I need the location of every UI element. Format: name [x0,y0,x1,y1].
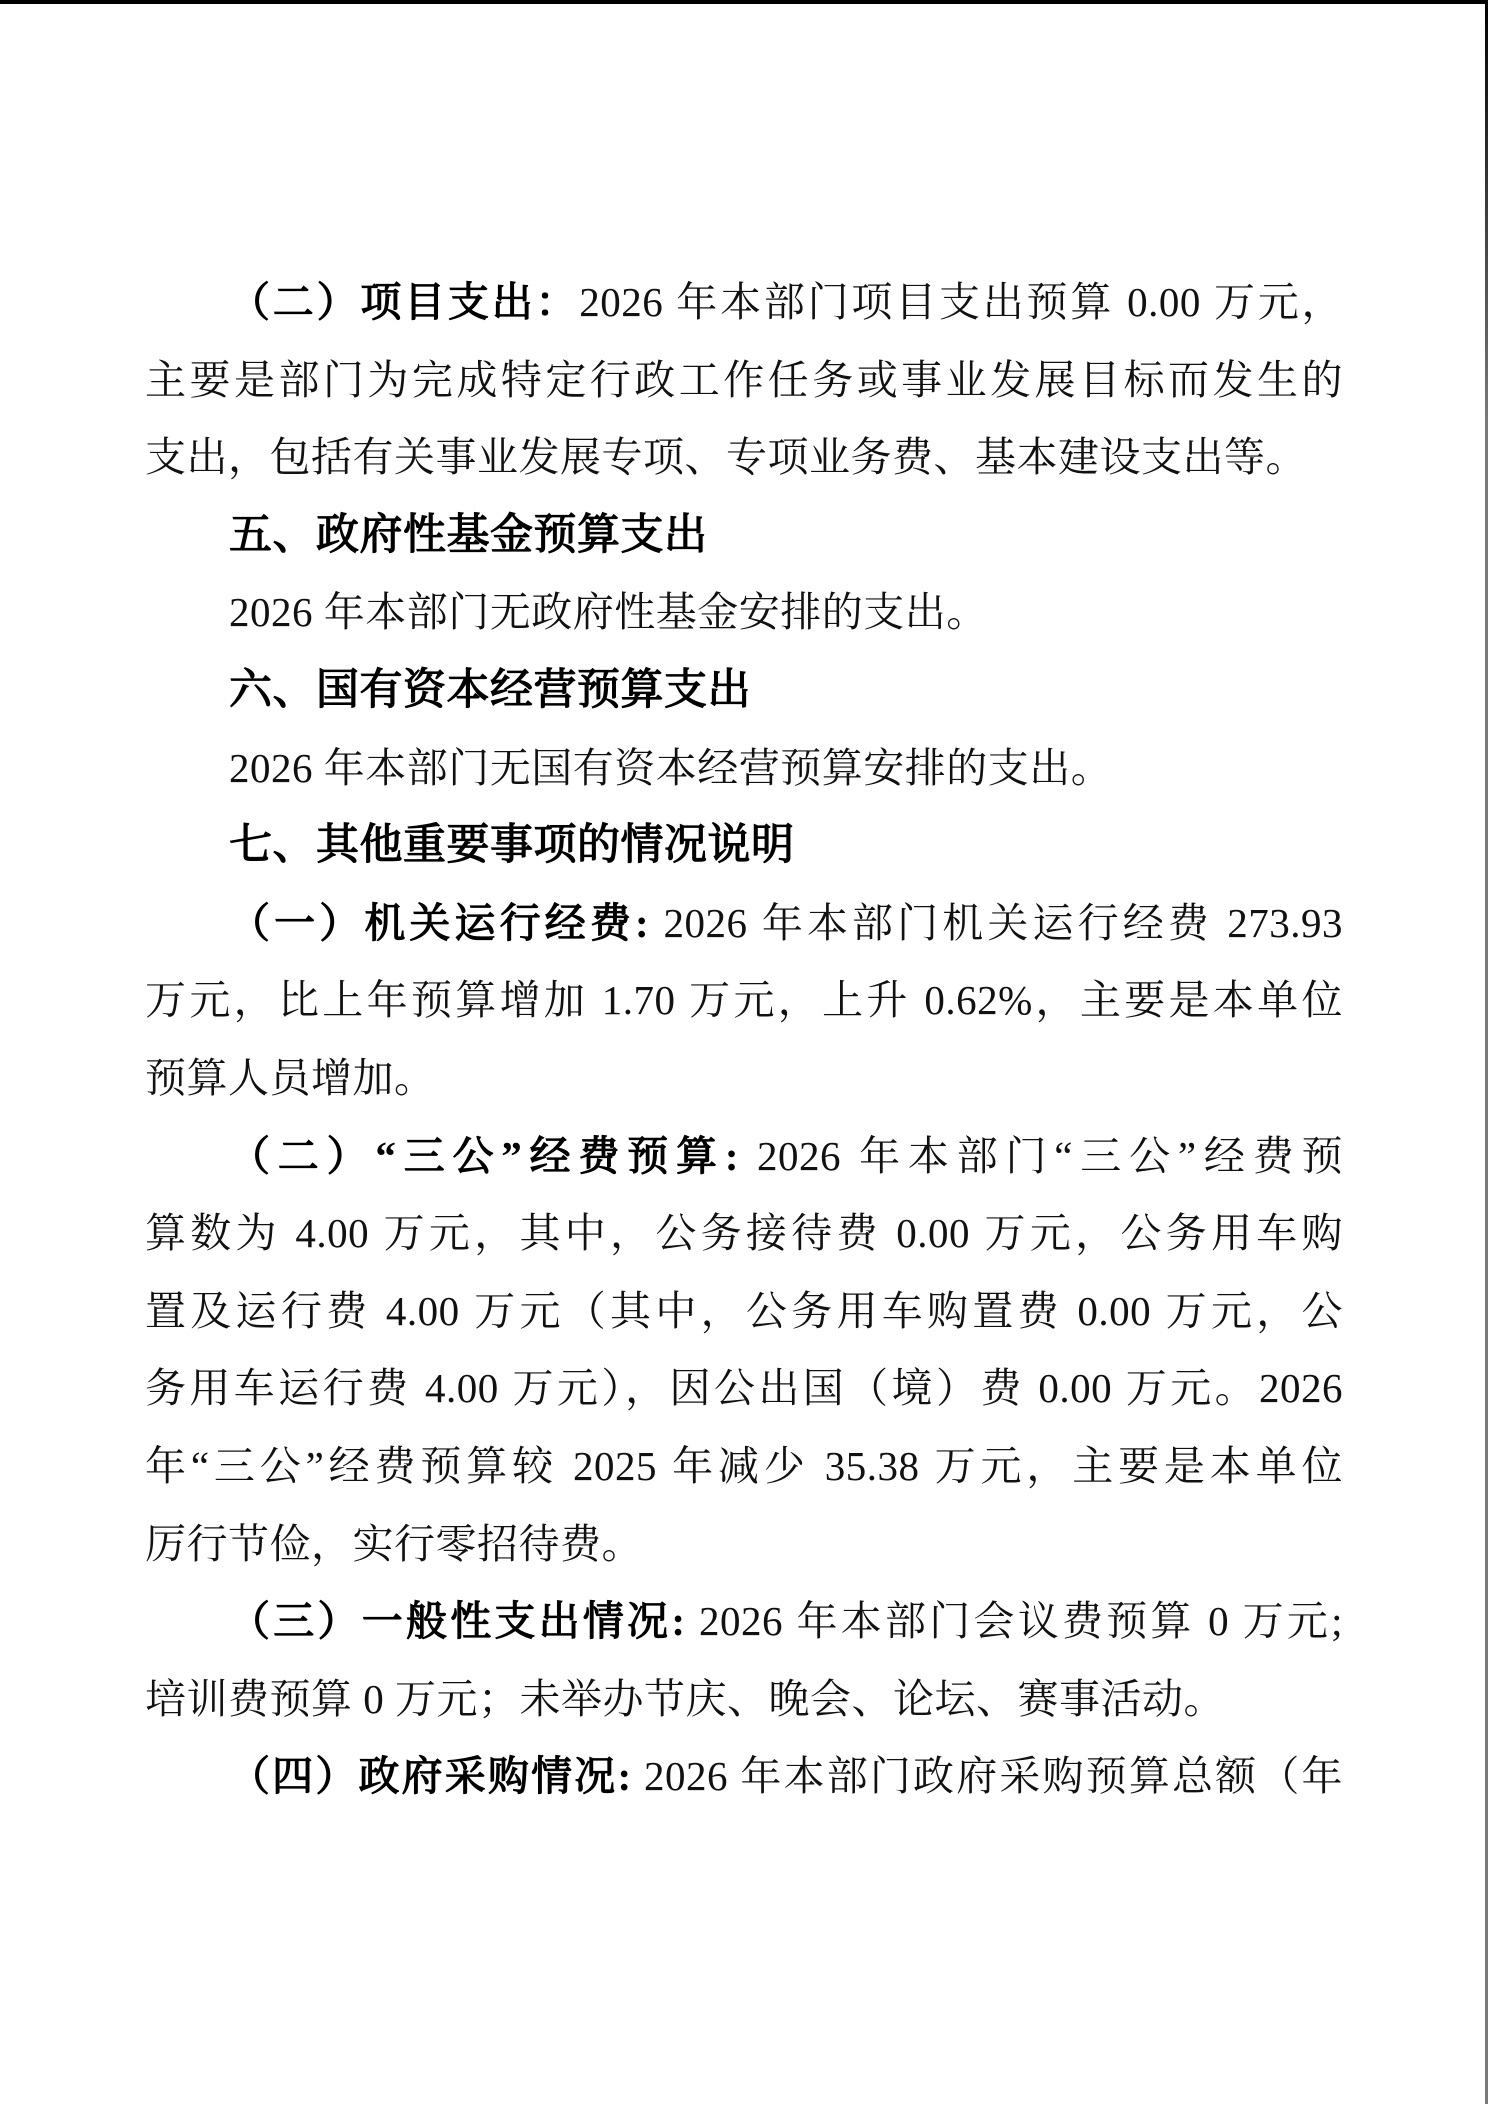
line-text: 六、国有资本经营预算支出 [229,666,751,714]
document-line: 厉行节俭，实行零招待费。 [145,1506,1343,1584]
paragraph-label: （一）机关运行经费: [229,900,649,946]
line-text: 支出，包括有关事业发展专项、专项业务费、基本建设支出等。 [145,434,1307,480]
document-line: 年“三公”经费预算较 2025 年减少 35.38 万元，主要是本单位 [145,1428,1343,1506]
document-line: （一）机关运行经费: 2026 年本部门机关运行经费 273.93 [145,885,1343,963]
line-text: 主要是部门为完成特定行政工作任务或事业发展目标而发生的 [145,357,1343,403]
section-heading: 五、政府性基金预算支出 [145,497,1343,575]
document-line: 支出，包括有关事业发展专项、专项业务费、基本建设支出等。 [145,419,1343,497]
line-text: 置及运行费 4.00 万元（其中，公务用车购置费 0.00 万元，公 [145,1288,1343,1334]
line-text: 2026 年本部门“三公”经费预 [739,1133,1343,1179]
line-text: 七、其他重要事项的情况说明 [229,821,795,869]
line-text: 万元，比上年预算增加 1.70 万元，上升 0.62%，主要是本单位 [145,977,1343,1023]
line-text: 2026 年本部门会议费预算 0 万元; [686,1598,1343,1644]
line-text: 2026 年本部门无政府性基金安排的支出。 [229,589,988,635]
line-text: 厉行节俭，实行零招待费。 [145,1521,643,1567]
document-line: 算数为 4.00 万元，其中，公务接待费 0.00 万元，公务用车购 [145,1195,1343,1273]
line-text: 年“三公”经费预算较 2025 年减少 35.38 万元，主要是本单位 [145,1443,1343,1489]
document-line: 2026 年本部门无政府性基金安排的支出。 [145,574,1343,652]
line-text: 培训费预算 0 万元；未举办节庆、晚会、论坛、赛事活动。 [145,1676,1225,1722]
document-body: （二）项目支出：2026 年本部门项目支出预算 0.00 万元，主要是部门为完成… [145,264,1343,1816]
line-text: 2026 年本部门无国有资本经营预算安排的支出。 [229,745,1112,791]
section-heading: 六、国有资本经营预算支出 [145,652,1343,730]
document-line: 预算人员增加。 [145,1040,1343,1118]
line-text: 预算人员增加。 [145,1055,436,1101]
document-line: 2026 年本部门无国有资本经营预算安排的支出。 [145,730,1343,808]
line-text: 2026 年本部门项目支出预算 0.00 万元， [579,279,1343,325]
section-heading: 七、其他重要事项的情况说明 [145,807,1343,885]
document-line: （二）项目支出：2026 年本部门项目支出预算 0.00 万元， [145,264,1343,342]
line-text: 务用车运行费 4.00 万元），因公出国（境）费 0.00 万元。2026 [145,1365,1343,1411]
document-page: （二）项目支出：2026 年本部门项目支出预算 0.00 万元，主要是部门为完成… [0,0,1488,2104]
line-text: 算数为 4.00 万元，其中，公务接待费 0.00 万元，公务用车购 [145,1210,1343,1256]
document-line: 务用车运行费 4.00 万元），因公出国（境）费 0.00 万元。2026 [145,1350,1343,1428]
document-line: 万元，比上年预算增加 1.70 万元，上升 0.62%，主要是本单位 [145,962,1343,1040]
paragraph-label: （四）政府采购情况: [229,1753,632,1799]
document-line: 主要是部门为完成特定行政工作任务或事业发展目标而发生的 [145,342,1343,420]
line-text: 五、政府性基金预算支出 [229,511,708,559]
document-line: （三）一般性支出情况: 2026 年本部门会议费预算 0 万元; [145,1583,1343,1661]
document-line: 置及运行费 4.00 万元（其中，公务用车购置费 0.00 万元，公 [145,1273,1343,1351]
paragraph-label: （二）“三公”经费预算: [229,1133,739,1179]
line-text: 2026 年本部门机关运行经费 273.93 [649,900,1343,946]
document-line: 培训费预算 0 万元；未举办节庆、晚会、论坛、赛事活动。 [145,1661,1343,1739]
document-line: （二）“三公”经费预算: 2026 年本部门“三公”经费预 [145,1118,1343,1196]
paragraph-label: （三）一般性支出情况: [229,1598,686,1644]
document-line: （四）政府采购情况: 2026 年本部门政府采购预算总额（年 [145,1738,1343,1816]
paragraph-label: （二）项目支出： [229,279,579,325]
line-text: 2026 年本部门政府采购预算总额（年 [632,1753,1343,1799]
page-top-edge [0,0,1488,4]
